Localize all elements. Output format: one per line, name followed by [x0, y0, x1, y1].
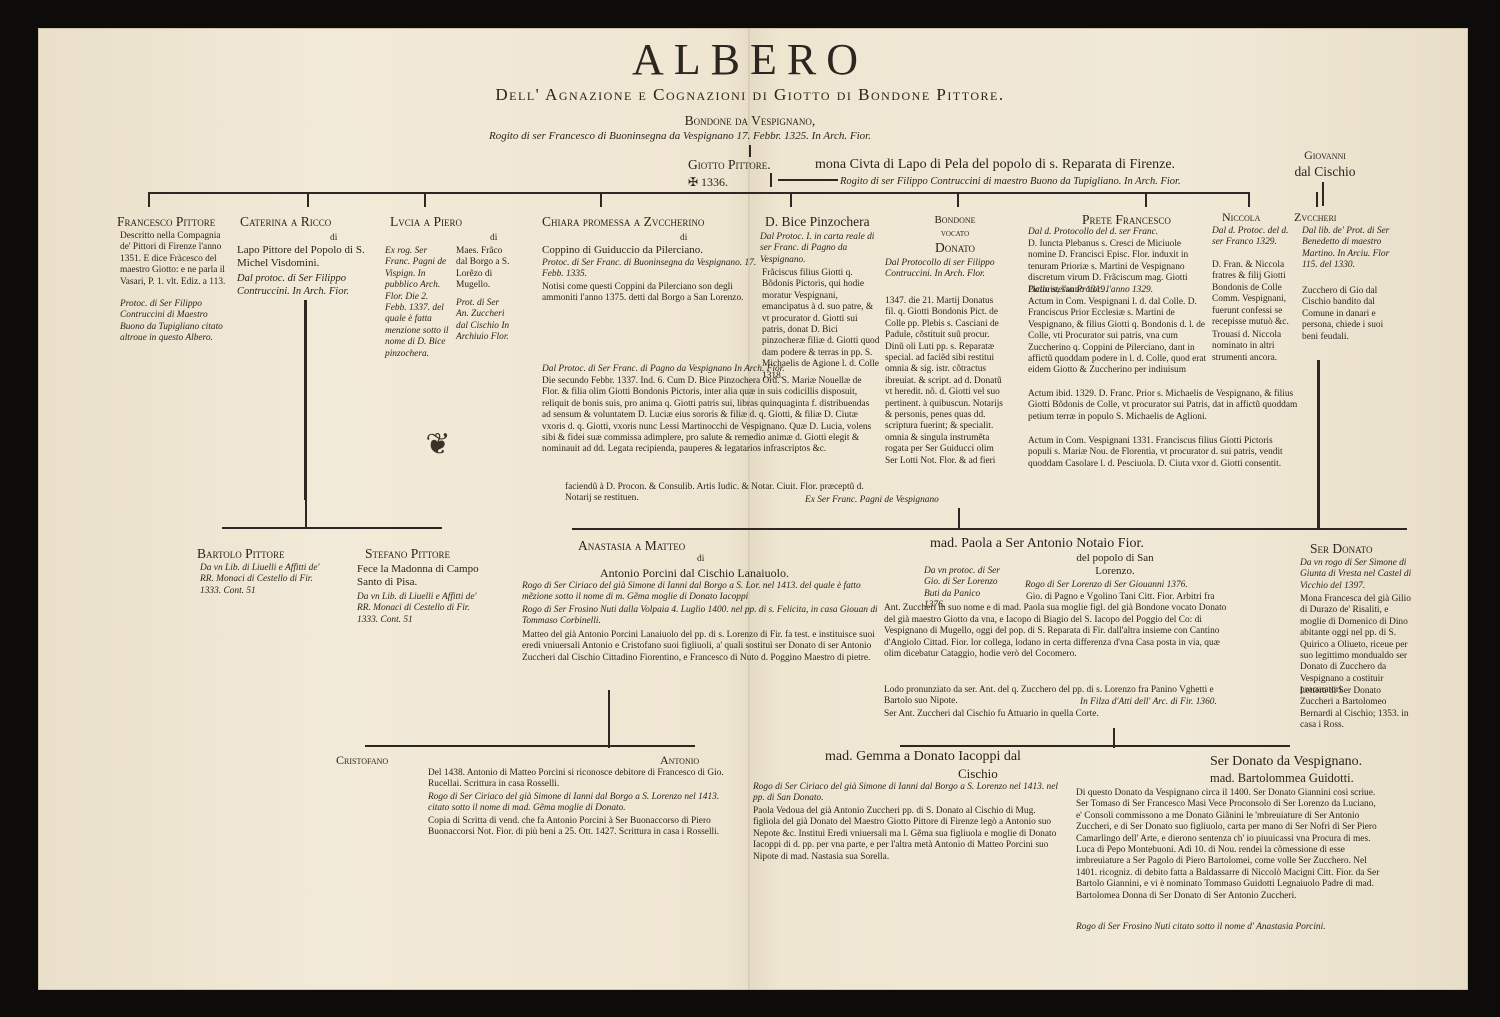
giotto-name: Giotto Pittore.: [688, 157, 771, 173]
child-bondone-alias: Donato: [890, 240, 1020, 256]
grandchild-bartolo-source: Da vn Lib. di Liuelli e Affitti de' RR. …: [200, 563, 320, 597]
grandchild-paola-note3: Ser Ant. Zuccheri dal Cischio fu Attuari…: [884, 709, 1229, 720]
child-prete-francesco-source2: Dallo stesso Protoc. l'anno 1329.: [1028, 285, 1208, 296]
child-drop-2: [307, 192, 309, 207]
grandchild-paola-source: Rogo di Ser Lorenzo di Ser Giouanni 1376…: [1025, 580, 1225, 591]
child-drop-8: [1248, 192, 1250, 207]
child-prete-francesco-note4: Actum in Com. Vespignani 1331. Franciscu…: [1028, 436, 1298, 470]
child-prete-francesco-source: Dal d. Protocollo del d. ser Franc.: [1028, 227, 1208, 238]
child-prete-francesco-note3: Actum ibid. 1329. D. Franc. Prior s. Mic…: [1028, 389, 1298, 423]
great-grandchild-ser-donato-source: Rogo di Ser Frosino Nuti citato sotto il…: [1076, 922, 1381, 933]
child-drop-7: [1145, 192, 1147, 207]
child-lucia-name: Lvcia a Piero: [390, 214, 462, 230]
great-grandchild-ser-donato-name: Ser Donato da Vespignano.: [1210, 754, 1362, 770]
spouse-civta-source: Rogito di ser Filippo Contruccini di mae…: [840, 176, 1181, 187]
grandchild-stefano-source: Da vn Lib. di Liuelli e Affitti de' RR. …: [357, 592, 487, 626]
child-bice-note2: Die secundo Febbr. 1337. Ind. 6. Cum D. …: [542, 376, 872, 456]
caterina-descent-line: [304, 300, 307, 500]
zuccheri-children-bar: [1317, 528, 1407, 530]
child-prete-francesco-note2: Actum in Com. Vespignani l. d. dal Colle…: [1028, 297, 1208, 377]
giovanni-connector: [1322, 182, 1324, 206]
grandchild-anastasia-spouse: Antonio Porcini dal Cischio Lanaiuolo.: [600, 566, 789, 581]
child-niccola-note: D. Fran. & Niccola fratres & filij Giott…: [1212, 260, 1300, 328]
child-zuccheri-note: Zucchero di Gio dal Cischio bandito dal …: [1302, 286, 1394, 343]
bondone-children-bar: [572, 528, 1317, 530]
child-drop-1: [148, 192, 150, 207]
zuccheri-descent-line: [1317, 360, 1320, 530]
child-drop-4: [600, 192, 602, 207]
children-bar: [148, 192, 1248, 194]
great-grandchild-ser-donato-note: Di questo Donato da Vespignano circa il …: [1076, 788, 1381, 902]
child-zuccheri-name: Zvccheri: [1294, 210, 1336, 225]
child-chiara-name: Chiara promessa a Zvccherino: [542, 214, 704, 230]
marriage-line: [778, 179, 838, 181]
great-grandchild-antonio-source: Rogo di Ser Ciriaco del già Simone di Ia…: [428, 792, 728, 815]
marriage-connector: [770, 173, 772, 187]
grandchild-anastasia-di: di: [697, 554, 704, 565]
grandchild-ser-donato-name: Ser Donato: [1310, 541, 1372, 557]
child-lucia-right-note: Maes. Frãco dal Borgo a S. Lorẽzo di Mug…: [456, 246, 514, 292]
caterina-children-drop: [305, 500, 307, 527]
root-source: Rogito di ser Francesco di Buoninsegna d…: [400, 131, 960, 142]
child-bice-source2: Dal Protoc. di Ser Franc. di Pagno da Ve…: [542, 364, 872, 375]
child-niccola-source: Dal d. Protoc. del d. ser Franco 1329.: [1212, 226, 1300, 249]
document-title: ALBERO: [0, 34, 1500, 85]
anastasia-descent-line: [608, 690, 610, 748]
child-lucia-right-source: Prot. di Ser An. Zuccheri dal Cischio In…: [456, 298, 514, 344]
child-francesco-source: Protoc. di Ser Filippo Contruccini di Ma…: [120, 299, 228, 345]
child-caterina-name: Caterina a Ricco: [240, 214, 331, 230]
child-bondone-vocato: vocato: [890, 229, 1020, 240]
child-bondone-source: Dal Protocollo di ser Filippo Contruccin…: [885, 258, 1003, 281]
child-chiara-note: Notisi come questi Coppini da Pilerciano…: [542, 282, 757, 305]
child-chiara-source: Protoc. di Ser Franc. di Buoninsegna da …: [542, 258, 757, 281]
child-caterina-spouse: Lapo Pittore del Popolo di S. Michel Vis…: [237, 244, 382, 270]
child-lucia-left-note: Ex rog. Ser Franc. Pagni de Vispign. In …: [385, 246, 451, 360]
child-chiara-di: di: [680, 233, 687, 244]
grandchild-bartolo-name: Bartolo Pittore: [197, 546, 285, 562]
great-grandchild-gemma-note: Paola Vedoua del già Antonio Zuccheri pp…: [753, 806, 1063, 863]
great-grandchild-gemma-line2: Cischio: [958, 766, 998, 782]
giovanni-name: Giovanni: [1270, 148, 1380, 163]
child-niccola-note2: Trouasi d. Niccola nominato in altri str…: [1212, 330, 1300, 364]
grandchild-paola-note: Gio. di Pagno e Vgolino Tani Citt. Fior.…: [884, 592, 1229, 660]
grandchild-anastasia-name: Anastasia a Matteo: [578, 538, 685, 554]
child-bice-name: D. Bice Pinzochera: [765, 214, 870, 230]
grandchild-stefano-note: Fece la Madonna di Campo Santo di Pisa.: [357, 563, 487, 589]
child-zuccheri-source: Dal lib. de' Prot. di Ser Benedetto di m…: [1302, 226, 1394, 272]
child-drop-3: [424, 192, 426, 207]
child-chiara-spouse: Coppino di Guiduccio da Pilerciano.: [542, 244, 757, 257]
grandchild-anastasia-source: Rogo di Ser Ciriaco del già Simone di Ia…: [522, 581, 887, 604]
great-grandchild-gemma-name: mad. Gemma a Donato Iacoppi dal: [825, 749, 1021, 765]
child-bice-source3: Ex Ser Franc. Pagni de Vespignano: [805, 495, 1005, 506]
fleuron-ornament-icon: ❦: [424, 428, 452, 462]
grandchild-anastasia-note: Matteo del già Antonio Porcini Lanaiuolo…: [522, 630, 887, 664]
paola-children-bar: [900, 745, 1290, 747]
great-grandchild-antonio-name: Antonio: [660, 753, 699, 768]
child-caterina-di: di: [330, 233, 337, 244]
anastasia-children-bar: [365, 745, 695, 747]
grandchild-paola-name: mad. Paola a Ser Antonio Notaio Fior.: [930, 536, 1144, 552]
great-grandchild-gemma-source: Rogo di Ser Ciriaco del già Simone di Ia…: [753, 782, 1063, 805]
grandchild-paola-spouse: del popolo di San Lorenzo.: [1070, 552, 1160, 578]
grandchild-anastasia-source2: Rogo di Ser Frosino Nuti dalla Volpaia 4…: [522, 605, 887, 628]
child-prete-francesco-name: Prete Francesco: [1082, 212, 1171, 228]
caterina-children-bar: [222, 527, 442, 529]
child-bondone-name: Bondone: [890, 214, 1020, 226]
great-grandchild-antonio-note2: Copia di Scritta di vend. che fa Antonio…: [428, 816, 728, 839]
grandchild-ser-donato-source: Da vn rogo di Ser Simone di Giunta di Vr…: [1300, 558, 1412, 592]
giovanni-line2: dal Cischio: [1270, 164, 1380, 180]
child-francesco-note: Descritto nella Compagnia de' Pittori di…: [120, 231, 228, 288]
great-grandchild-antonio-note: Del 1438. Antonio di Matteo Porcini si r…: [428, 768, 728, 791]
child-francesco-name: Francesco Pittore: [117, 214, 215, 230]
grandchild-stefano-name: Stefano Pittore: [365, 546, 450, 562]
child-niccola-name: Niccola: [1222, 210, 1260, 225]
great-grandchild-ser-donato-spouse: mad. Bartolommea Guidotti.: [1210, 771, 1354, 786]
child-lucia-di: di: [490, 233, 497, 244]
giotto-death: ✠ 1336.: [688, 175, 728, 190]
root-connector: [749, 145, 751, 157]
child-drop-6: [957, 192, 959, 207]
child-drop-9: [1316, 192, 1318, 207]
child-drop-5: [790, 192, 792, 207]
bondone-descent-line: [958, 508, 960, 528]
spouse-civta-name: mona Civta di Lapo di Pela del popolo di…: [815, 157, 1175, 173]
child-bondone-note: 1347. die 21. Martij Donatus fil. q. Gio…: [885, 296, 1003, 467]
document-subtitle: Dell' Agnazione e Cognazioni di Giotto d…: [0, 85, 1500, 105]
grandchild-ser-donato-note2: Lettera di Ser Donato Zuccheri a Bartolo…: [1300, 686, 1412, 732]
great-grandchild-cristofano-name: Cristofano: [336, 753, 388, 768]
root-name: Bondone da Vespignano,: [550, 113, 950, 129]
child-bice-source: Dal Protoc. I. in carta reale di ser Fra…: [760, 232, 880, 266]
grandchild-ser-donato-note: Mona Francesca del già Gilio di Durazo d…: [1300, 594, 1412, 697]
grandchild-paola-source2: In Filza d'Atti dell' Arc. di Fir. 1360.: [1080, 697, 1260, 708]
child-caterina-source: Dal protoc. di Ser Filippo Contruccini. …: [237, 272, 382, 298]
